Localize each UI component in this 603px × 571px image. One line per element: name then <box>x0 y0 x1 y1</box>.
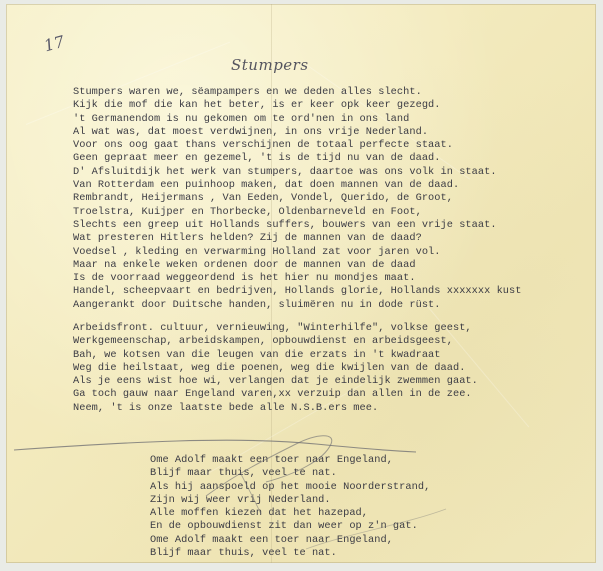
poem-line: Weg die heilstaat, weg die poenen, weg d… <box>73 362 478 375</box>
poem-line: Is de voorraad weggeordend is het hier n… <box>73 272 522 285</box>
poem-line: Ome Adolf maakt een toer naar Engeland, <box>150 534 430 547</box>
poem-line: Voor ons oog gaat thans verschijnen de t… <box>73 139 522 152</box>
poem-line: Handel, scheepvaart en bedrijven, Hollan… <box>73 285 522 298</box>
poem-line: Maar na enkele weken ordenen door de man… <box>73 259 522 272</box>
poem-line: Blijf maar thuis, veel te nat. <box>150 547 430 560</box>
poem-line: Geen gepraat meer en gezemel, 't is de t… <box>73 152 522 165</box>
poem-line: 't Germanendom is nu gekomen om te ord'n… <box>73 113 522 126</box>
poem-line: Al wat was, dat moest verdwijnen, in ons… <box>73 126 522 139</box>
poem-line: Rembrandt, Heijermans , Van Eeden, Vonde… <box>73 192 522 205</box>
poem-stanza-1: Stumpers waren we, sëampampers en we ded… <box>73 86 522 312</box>
poem-line: Werkgemeenschap, arbeidskampen, opbouwdi… <box>73 335 478 348</box>
poem-line: Bah, we kotsen van die leugen van die er… <box>73 349 478 362</box>
scanned-document-page: 17 Stumpers Stumpers waren we, sëampampe… <box>6 4 596 563</box>
poem-line: En de opbouwdienst zit dan weer op z'n g… <box>150 520 430 533</box>
handwritten-title: Stumpers <box>231 56 309 74</box>
poem-line: Voedsel , kleding en verwarming Holland … <box>73 246 522 259</box>
poem-line: Van Rotterdam een puinhoop maken, dat do… <box>73 179 522 192</box>
poem-line: Slechts een greep uit Hollands suffers, … <box>73 219 522 232</box>
poem-line: Ome Adolf maakt een toer naar Engeland, <box>150 454 430 467</box>
poem-line: Neem, 't is onze laatste bede alle N.S.B… <box>73 402 478 415</box>
poem-line: Troelstra, Kuijper en Thorbecke, Oldenba… <box>73 206 522 219</box>
poem-line: Ga toch gauw naar Engeland varen,xx verz… <box>73 388 478 401</box>
poem-line: Alle moffen kiezen dat het hazepad, <box>150 507 430 520</box>
poem-chorus: Ome Adolf maakt een toer naar Engeland,B… <box>150 454 430 560</box>
poem-line: Als je eens wist hoe wi, verlangen dat j… <box>73 375 478 388</box>
poem-line: Wat presteren Hitlers helden? Zij de man… <box>73 232 522 245</box>
poem-line: Stumpers waren we, sëampampers en we ded… <box>73 86 522 99</box>
poem-stanza-2: Arbeidsfront. cultuur, vernieuwing, "Win… <box>73 322 478 415</box>
poem-line: Blijf maar thuis, veel te nat. <box>150 467 430 480</box>
poem-line: Als hij aanspoeld op het mooie Noorderst… <box>150 481 430 494</box>
poem-line: Zijn wij weer vrij Nederland. <box>150 494 430 507</box>
poem-line: Aangerankt door Duitsche handen, sluimër… <box>73 299 522 312</box>
handwritten-page-number: 17 <box>42 32 67 56</box>
poem-line: D' Afsluitdijk het werk van stumpers, da… <box>73 166 522 179</box>
poem-line: Kijk die mof die kan het beter, is er ke… <box>73 99 522 112</box>
poem-line: Arbeidsfront. cultuur, vernieuwing, "Win… <box>73 322 478 335</box>
